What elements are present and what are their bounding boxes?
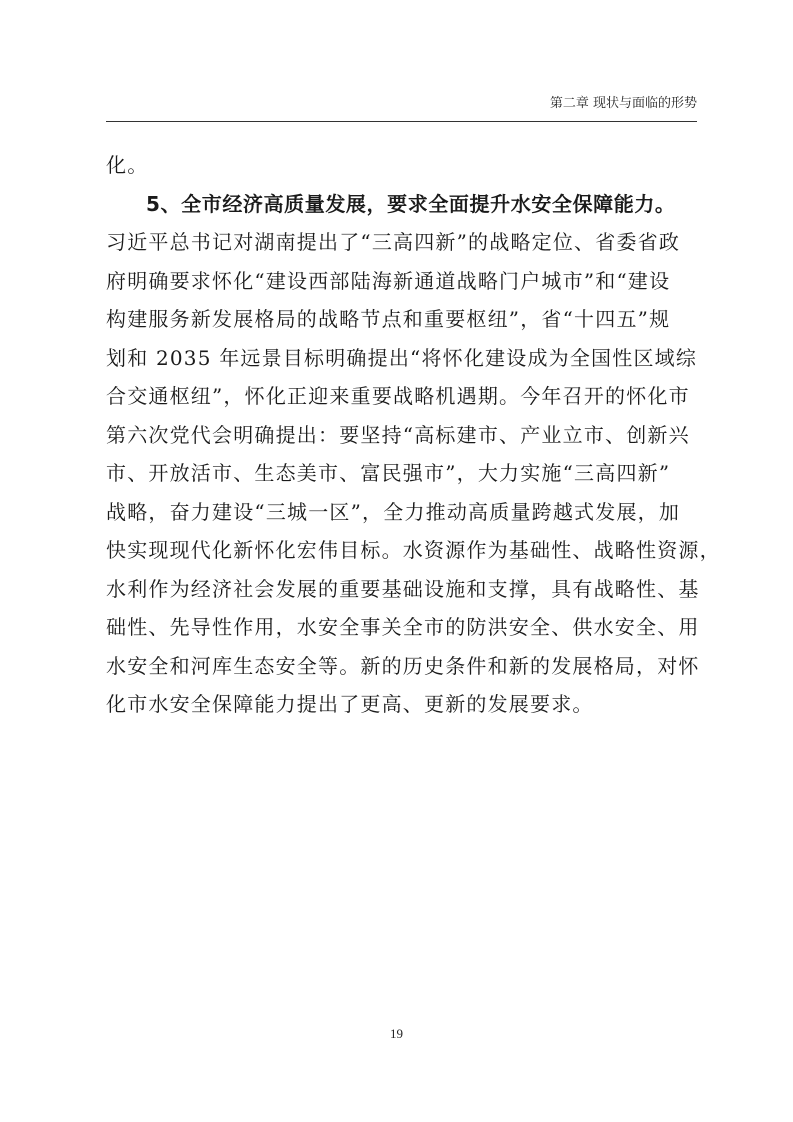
header-divider [106, 121, 697, 122]
section-heading: 5、全市经济高质量发展，要求全面提升水安全保障能力。 [106, 185, 697, 224]
paragraph-line: 化市水安全保障能力提出了更高、更新的发展要求。 [106, 685, 697, 724]
paragraph-line: 水安全和河库生态安全等。新的历史条件和新的发展格局，对怀 [106, 647, 697, 686]
paragraph-line: 府明确要求怀化“建设西部陆海新通道战略门户城市”和“建设 [106, 262, 697, 301]
paragraph-line: 划和 2035 年远景目标明确提出“将怀化建设成为全国性区域综 [106, 339, 697, 378]
paragraph-line: 市、开放活市、生态美市、富民强市”，大力实施“三高四新” [106, 454, 697, 493]
document-body: 化。 5、全市经济高质量发展，要求全面提升水安全保障能力。 习近平总书记对湖南提… [106, 146, 697, 724]
paragraph-line: 习近平总书记对湖南提出了“三高四新”的战略定位、省委省政 [106, 223, 697, 262]
paragraph-line: 础性、先导性作用，水安全事关全市的防洪安全、供水安全、用 [106, 608, 697, 647]
paragraph-line: 水利作为经济社会发展的重要基础设施和支撑，具有战略性、基 [106, 570, 697, 609]
chapter-title: 第二章 现状与面临的形势 [550, 92, 697, 111]
continuation-line: 化。 [106, 146, 697, 185]
paragraph-line: 合交通枢纽”，怀化正迎来重要战略机遇期。今年召开的怀化市 [106, 377, 697, 416]
paragraph-line: 战略，奋力建设“三城一区”，全力推动高质量跨越式发展，加 [106, 493, 697, 532]
page-number: 19 [0, 1026, 793, 1042]
paragraph-line: 第六次党代会明确提出：要坚持“高标建市、产业立市、创新兴 [106, 416, 697, 455]
paragraph-line: 快实现现代化新怀化宏伟目标。水资源作为基础性、战略性资源， [106, 531, 697, 570]
paragraph-line: 构建服务新发展格局的战略节点和重要枢纽”，省“十四五”规 [106, 300, 697, 339]
